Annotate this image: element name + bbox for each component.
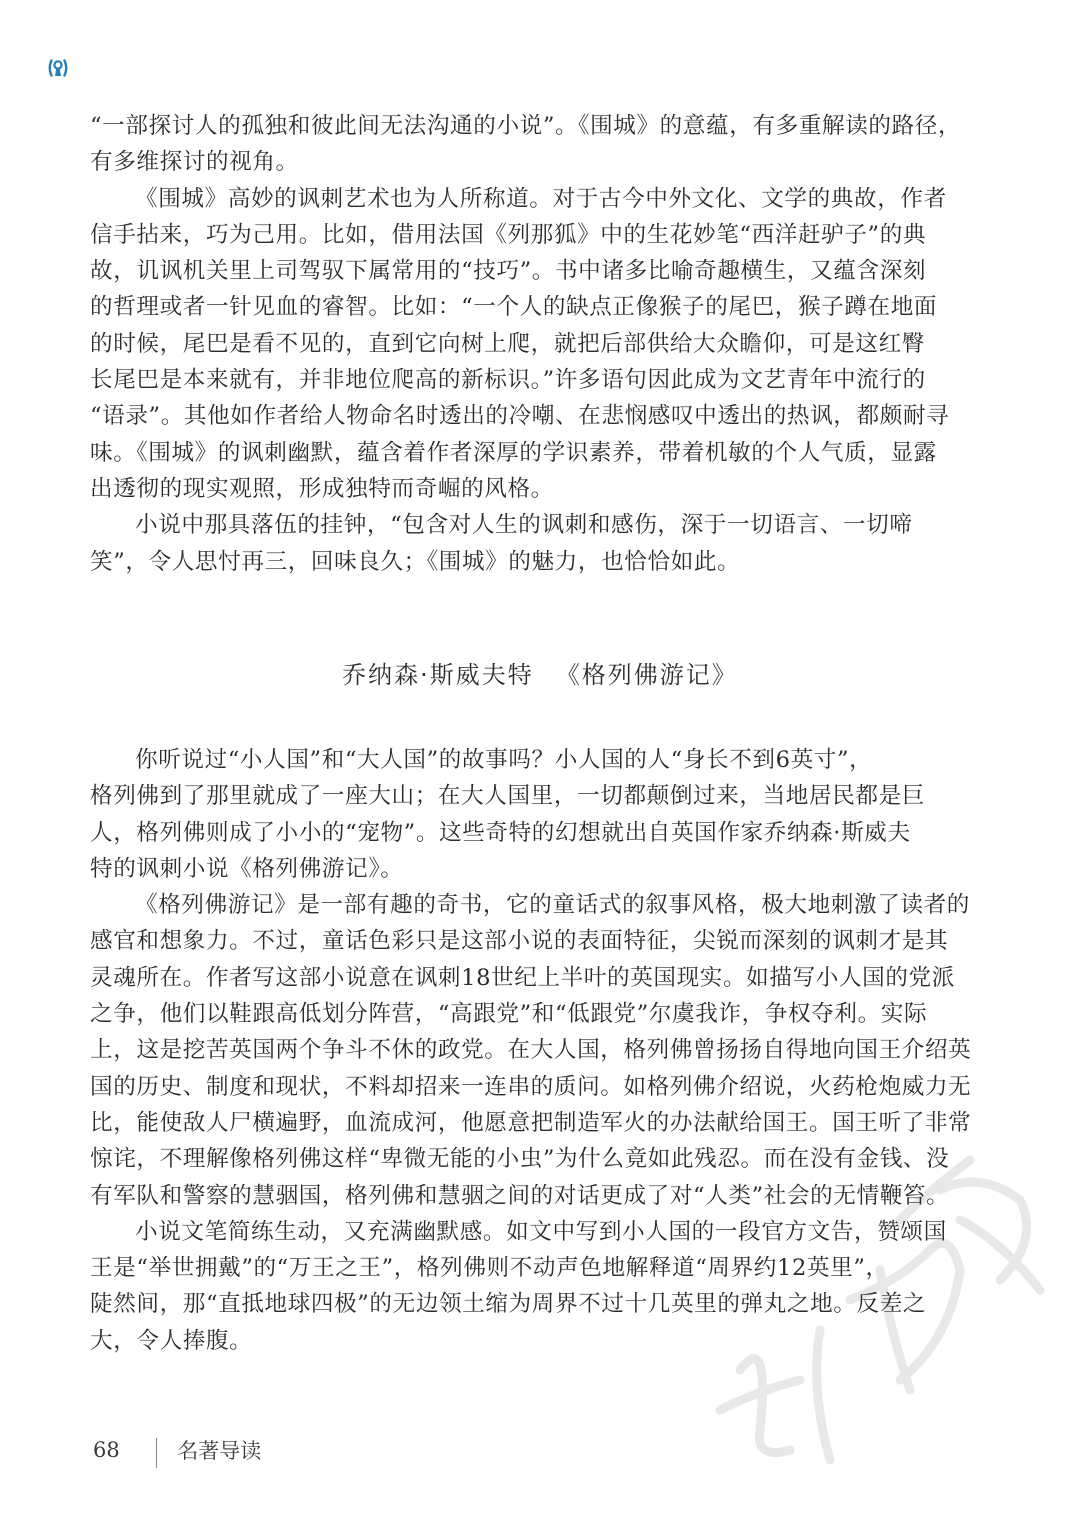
text-line: “语录”。其他如作者给人物命名时透出的冷嘲、在悲悯感叹中透出的热讽，都颇耐寻 <box>90 398 990 434</box>
heading-author: 乔纳森·斯威夫特 <box>342 661 534 689</box>
text-line: 上，这是挖苦英国两个争斗不休的政党。在大人国，格列佛曾扬扬自得地向国王介绍英 <box>90 1032 990 1068</box>
text-line: 长尾巴是本来就有，并非地位爬高的新标识。”许多语句因此成为文艺青年中流行的 <box>90 362 990 398</box>
paragraph: 《围城》高妙的讽刺艺术也为人所称道。对于古今中外文化、文学的典故，作者 信手拈来… <box>90 181 990 508</box>
text-line: 《围城》高妙的讽刺艺术也为人所称道。对于古今中外文化、文学的典故，作者 <box>90 181 990 217</box>
text-line: 出透彻的现实观照，形成独特而奇崛的风格。 <box>90 471 990 507</box>
text-line: 味。《围城》的讽刺幽默，蕴含着作者深厚的学识素养，带着机敏的个人气质，显露 <box>90 435 990 471</box>
text-line: 比，能使敌人尸横遍野，血流成河，他愿意把制造军火的办法献给国王。国王听了非常 <box>90 1105 990 1141</box>
text-line: 信手拈来，巧为己用。比如，借用法国《列那狐》中的生花妙笔“西洋赶驴子”的典 <box>90 217 990 253</box>
paragraph: 《格列佛游记》是一部有趣的奇书，它的童话式的叙事风格，极大地刺激了读者的 感官和… <box>90 887 990 1214</box>
text-line: 国的历史、制度和现状，不料却招来一连串的质问。如格列佛介绍说，火药枪炮威力无 <box>90 1069 990 1105</box>
page-footer: 68 名著导读 <box>93 1430 261 1470</box>
book-title: 名著导读 <box>177 1435 261 1465</box>
paragraph: 小说中那具落伍的挂钟，“包含对人生的讽刺和感伤，深于一切语言、一切啼 笑”，令人… <box>90 507 990 580</box>
text-line: 有多维探讨的视角。 <box>90 144 990 180</box>
text-line: 的哲理或者一针见血的睿智。比如：“一个人的缺点正像猴子的尾巴，猴子蹲在地面 <box>90 289 990 325</box>
text-line: 的时候，尾巴是看不见的，直到它向树上爬，就把后部供给大众瞻仰，可是这红臀 <box>90 326 990 362</box>
section-weicheng: “一部探讨人的孤独和彼此间无法沟通的小说”。《围城》的意蕴，有多重解读的路径， … <box>90 108 990 580</box>
text-line: 故，讥讽机关里上司驾驭下属常用的“技巧”。书中诸多比喻奇趣横生，又蕴含深刻 <box>90 253 990 289</box>
paragraph: “一部探讨人的孤独和彼此间无法沟通的小说”。《围城》的意蕴，有多重解读的路径， … <box>90 108 990 181</box>
text-line: 小说文笔简练生动，又充满幽默感。如文中写到小人国的一段官方文告，赞颂国 <box>90 1214 990 1250</box>
text-line: 惊诧，不理解像格列佛这样“卑微无能的小虫”为什么竟如此残忍。而在没有金钱、没 <box>90 1141 990 1177</box>
text-line: 灵魂所在。作者写这部小说意在讽刺18世纪上半叶的英国现实。如描写小人国的党派 <box>90 960 990 996</box>
broadcast-signal-icon <box>47 57 69 79</box>
paragraph: 你听说过“小人国”和“大人国”的故事吗？小人国的人“身长不到6英寸”， 格列佛到… <box>90 742 990 887</box>
text-line: 王是“举世拥戴”的“万王之王”，格列佛则不动声色地解释道“周界约12英里”， <box>90 1250 990 1286</box>
text-line: “一部探讨人的孤独和彼此间无法沟通的小说”。《围城》的意蕴，有多重解读的路径， <box>90 108 990 144</box>
text-line: 人，格列佛则成了小小的“宠物”。这些奇特的幻想就出自英国作家乔纳森·斯威夫 <box>90 815 990 851</box>
text-line: 你听说过“小人国”和“大人国”的故事吗？小人国的人“身长不到6英寸”， <box>90 742 990 778</box>
heading-book-title: 《格列佛游记》 <box>556 661 738 689</box>
section-heading: 乔纳森·斯威夫特《格列佛游记》 <box>0 655 1080 690</box>
text-line: 之争，他们以鞋跟高低划分阵营，“高跟党”和“低跟党”尔虞我诈，争权夺利。实际 <box>90 996 990 1032</box>
text-line: 小说中那具落伍的挂钟，“包含对人生的讽刺和感伤，深于一切语言、一切啼 <box>90 507 990 543</box>
text-line: 感官和想象力。不过，童话色彩只是这部小说的表面特征，尖锐而深刻的讽刺才是其 <box>90 923 990 959</box>
text-line: 特的讽刺小说《格列佛游记》。 <box>90 851 990 887</box>
text-line: 陡然间，那“直抵地球四极”的无边领土缩为周界不过十几英里的弹丸之地。反差之 <box>90 1286 990 1322</box>
page-number: 68 <box>93 1438 120 1462</box>
text-line: 有军队和警察的慧骃国，格列佛和慧骃之间的对话更成了对“人类”社会的无情鞭笞。 <box>90 1178 990 1214</box>
section-gulliver: 你听说过“小人国”和“大人国”的故事吗？小人国的人“身长不到6英寸”， 格列佛到… <box>90 742 990 1359</box>
text-line: 大，令人捧腹。 <box>90 1323 990 1359</box>
text-line: 格列佛到了那里就成了一座大山；在大人国里，一切都颠倒过来，当地居民都是巨 <box>90 778 990 814</box>
text-line: 笑”，令人思忖再三，回味良久；《围城》的魅力，也恰恰如此。 <box>90 544 990 580</box>
text-line: 《格列佛游记》是一部有趣的奇书，它的童话式的叙事风格，极大地刺激了读者的 <box>90 887 990 923</box>
paragraph: 小说文笔简练生动，又充满幽默感。如文中写到小人国的一段官方文告，赞颂国 王是“举… <box>90 1214 990 1359</box>
footer-divider <box>156 1438 158 1468</box>
